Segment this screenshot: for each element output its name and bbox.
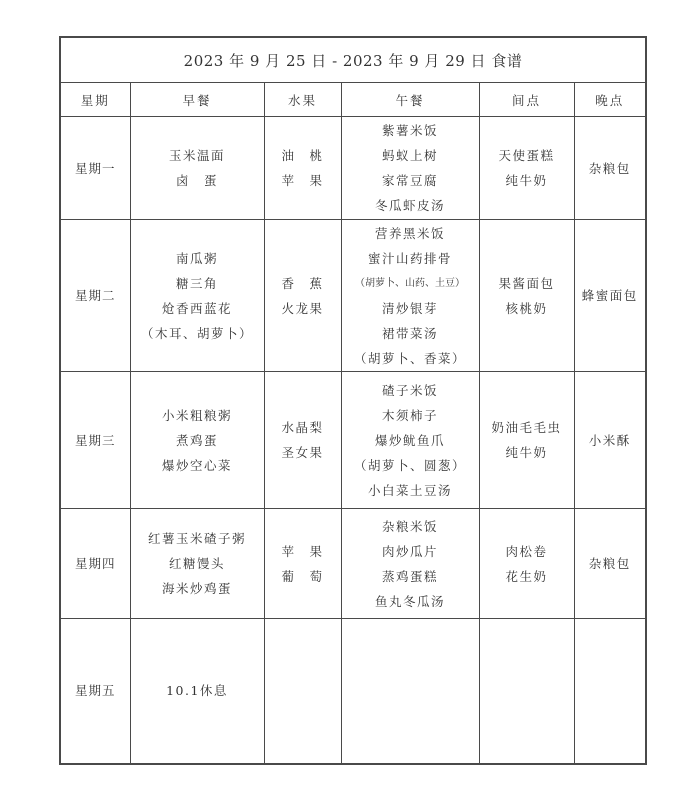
menu-item: 水晶梨 xyxy=(265,415,341,440)
cell-wednesday-lunch: 碴子米饭木须柿子爆炒鱿鱼爪（胡萝卜、圆葱）小白菜土豆汤 xyxy=(341,372,479,509)
column-header-snack: 间点 xyxy=(479,83,574,117)
row-thursday: 星期四红薯玉米碴子粥红糖馒头海米炒鸡蛋苹 果葡 萄杂粮米饭肉炒瓜片蒸鸡蛋糕鱼丸冬… xyxy=(60,509,646,619)
menu-item: 蜜汁山药排骨 xyxy=(342,246,479,271)
menu-item: 爆炒鱿鱼爪 xyxy=(342,428,479,453)
menu-item: 小白菜土豆汤 xyxy=(342,478,479,503)
menu-item: 圣女果 xyxy=(265,440,341,465)
menu-item: 纯牛奶 xyxy=(480,440,574,465)
day-label: 星期二 xyxy=(61,283,130,308)
column-header-evening: 晚点 xyxy=(574,83,646,117)
cell-friday-day: 星期五 xyxy=(60,619,130,764)
cell-wednesday-fruit: 水晶梨圣女果 xyxy=(264,372,341,509)
menu-item: （木耳、胡萝卜） xyxy=(131,321,264,346)
cell-monday-day: 星期一 xyxy=(60,117,130,220)
cell-monday-lunch: 紫薯米饭蚂蚁上树家常豆腐冬瓜虾皮汤 xyxy=(341,117,479,220)
row-wednesday: 星期三小米粗粮粥煮鸡蛋爆炒空心菜水晶梨圣女果碴子米饭木须柿子爆炒鱿鱼爪（胡萝卜、… xyxy=(60,372,646,509)
menu-item: 蒸鸡蛋糕 xyxy=(342,564,479,589)
menu-item: 红糖馒头 xyxy=(131,551,264,576)
cell-friday-snack xyxy=(479,619,574,764)
menu-item: 花生奶 xyxy=(480,564,574,589)
menu-item: （胡萝卜、圆葱） xyxy=(342,453,479,478)
header-row: 星期早餐水果午餐间点晚点 xyxy=(60,83,646,117)
cell-tuesday-evening: 蜂蜜面包 xyxy=(574,220,646,372)
cell-tuesday-lunch: 营养黑米饭蜜汁山药排骨（胡萝卜、山药、土豆）清炒银芽裙带菜汤（胡萝卜、香菜） xyxy=(341,220,479,372)
cell-wednesday-evening: 小米酥 xyxy=(574,372,646,509)
column-header-lunch: 午餐 xyxy=(341,83,479,117)
menu-item: 清炒银芽 xyxy=(342,296,479,321)
cell-tuesday-breakfast: 南瓜粥糖三角炝香西蓝花（木耳、胡萝卜） xyxy=(130,220,264,372)
cell-thursday-day: 星期四 xyxy=(60,509,130,619)
menu-item: 家常豆腐 xyxy=(342,168,479,193)
column-header-fruit: 水果 xyxy=(264,83,341,117)
document-page: 2023 年 9 月 25 日 - 2023 年 9 月 29 日 食谱 星期早… xyxy=(0,0,700,808)
cell-monday-fruit: 油 桃苹 果 xyxy=(264,117,341,220)
menu-item: 木须柿子 xyxy=(342,403,479,428)
cell-tuesday-day: 星期二 xyxy=(60,220,130,372)
menu-item: 蚂蚁上树 xyxy=(342,143,479,168)
menu-item: 天使蛋糕 xyxy=(480,143,574,168)
cell-thursday-breakfast: 红薯玉米碴子粥红糖馒头海米炒鸡蛋 xyxy=(130,509,264,619)
cell-tuesday-snack: 果酱面包核桃奶 xyxy=(479,220,574,372)
menu-item: （胡萝卜、香菜） xyxy=(342,346,479,371)
menu-item: （胡萝卜、山药、土豆） xyxy=(342,271,479,296)
menu-item: 海米炒鸡蛋 xyxy=(131,576,264,601)
menu-item: 卤 蛋 xyxy=(131,168,264,193)
menu-item: 裙带菜汤 xyxy=(342,321,479,346)
menu-item: 10.1休息 xyxy=(131,678,264,703)
menu-item: 炝香西蓝花 xyxy=(131,296,264,321)
cell-tuesday-fruit: 香 蕉火龙果 xyxy=(264,220,341,372)
menu-item: 紫薯米饭 xyxy=(342,118,479,143)
menu-item: 葡 萄 xyxy=(265,564,341,589)
cell-monday-breakfast: 玉米温面卤 蛋 xyxy=(130,117,264,220)
menu-item: 肉松卷 xyxy=(480,539,574,564)
menu-item: 营养黑米饭 xyxy=(342,221,479,246)
cell-friday-lunch xyxy=(341,619,479,764)
day-label: 星期五 xyxy=(61,678,130,703)
cell-friday-breakfast: 10.1休息 xyxy=(130,619,264,764)
menu-item: 玉米温面 xyxy=(131,143,264,168)
day-label: 星期三 xyxy=(61,428,130,453)
menu-item: 苹 果 xyxy=(265,168,341,193)
menu-item: 鱼丸冬瓜汤 xyxy=(342,589,479,614)
menu-item: 糖三角 xyxy=(131,271,264,296)
menu-item: 苹 果 xyxy=(265,539,341,564)
menu-item: 红薯玉米碴子粥 xyxy=(131,526,264,551)
menu-item: 小米酥 xyxy=(575,428,646,453)
cell-monday-snack: 天使蛋糕纯牛奶 xyxy=(479,117,574,220)
menu-item: 碴子米饭 xyxy=(342,378,479,403)
cell-thursday-evening: 杂粮包 xyxy=(574,509,646,619)
cell-friday-evening xyxy=(574,619,646,764)
menu-item: 肉炒瓜片 xyxy=(342,539,479,564)
menu-item: 香 蕉 xyxy=(265,271,341,296)
weekly-menu-table: 2023 年 9 月 25 日 - 2023 年 9 月 29 日 食谱 星期早… xyxy=(59,36,647,765)
menu-item: 南瓜粥 xyxy=(131,246,264,271)
menu-item: 核桃奶 xyxy=(480,296,574,321)
cell-wednesday-day: 星期三 xyxy=(60,372,130,509)
cell-thursday-snack: 肉松卷花生奶 xyxy=(479,509,574,619)
title-row: 2023 年 9 月 25 日 - 2023 年 9 月 29 日 食谱 xyxy=(60,37,646,83)
menu-item: 杂粮米饭 xyxy=(342,514,479,539)
cell-wednesday-breakfast: 小米粗粮粥煮鸡蛋爆炒空心菜 xyxy=(130,372,264,509)
menu-item: 爆炒空心菜 xyxy=(131,453,264,478)
column-header-day: 星期 xyxy=(60,83,130,117)
row-tuesday: 星期二南瓜粥糖三角炝香西蓝花（木耳、胡萝卜）香 蕉火龙果营养黑米饭蜜汁山药排骨（… xyxy=(60,220,646,372)
cell-thursday-lunch: 杂粮米饭肉炒瓜片蒸鸡蛋糕鱼丸冬瓜汤 xyxy=(341,509,479,619)
menu-item: 小米粗粮粥 xyxy=(131,403,264,428)
menu-item: 果酱面包 xyxy=(480,271,574,296)
column-header-breakfast: 早餐 xyxy=(130,83,264,117)
day-label: 星期一 xyxy=(61,156,130,181)
table-title: 2023 年 9 月 25 日 - 2023 年 9 月 29 日 食谱 xyxy=(60,37,646,83)
menu-item: 冬瓜虾皮汤 xyxy=(342,193,479,218)
menu-item: 杂粮包 xyxy=(575,551,646,576)
cell-monday-evening: 杂粮包 xyxy=(574,117,646,220)
row-friday: 星期五10.1休息 xyxy=(60,619,646,764)
menu-item: 火龙果 xyxy=(265,296,341,321)
menu-item: 蜂蜜面包 xyxy=(575,283,646,308)
day-label: 星期四 xyxy=(61,551,130,576)
menu-item: 杂粮包 xyxy=(575,156,646,181)
row-monday: 星期一玉米温面卤 蛋油 桃苹 果紫薯米饭蚂蚁上树家常豆腐冬瓜虾皮汤天使蛋糕纯牛奶… xyxy=(60,117,646,220)
menu-item: 奶油毛毛虫 xyxy=(480,415,574,440)
cell-thursday-fruit: 苹 果葡 萄 xyxy=(264,509,341,619)
menu-item: 纯牛奶 xyxy=(480,168,574,193)
cell-wednesday-snack: 奶油毛毛虫纯牛奶 xyxy=(479,372,574,509)
cell-friday-fruit xyxy=(264,619,341,764)
menu-item: 煮鸡蛋 xyxy=(131,428,264,453)
menu-item: 油 桃 xyxy=(265,143,341,168)
